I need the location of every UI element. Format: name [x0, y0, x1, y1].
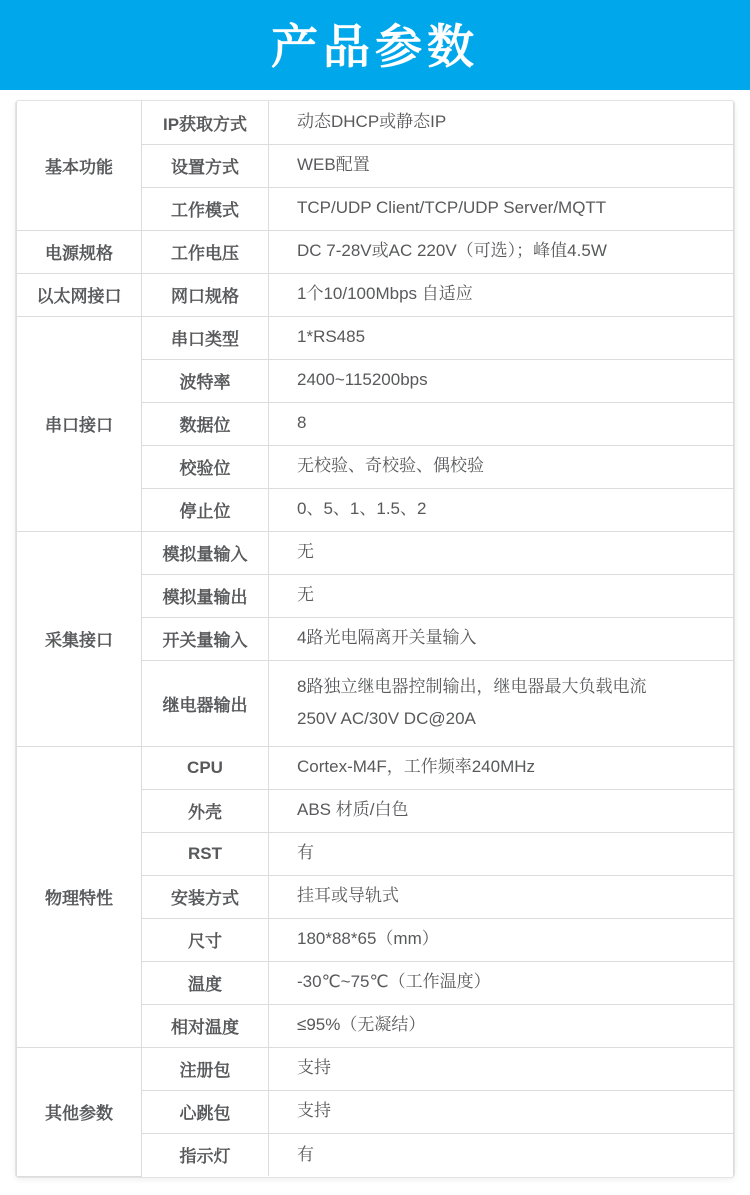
param-label-cell: 工作电压 [142, 230, 269, 273]
param-value-cell: 180*88*65（mm） [269, 918, 734, 961]
group-label-cell: 物理特性 [17, 746, 142, 1047]
param-value-line: 有 [297, 1139, 721, 1171]
table-row: 采集接口模拟量输入无 [17, 531, 734, 574]
param-label-cell: 设置方式 [142, 144, 269, 187]
param-value-line: TCP/UDP Client/TCP/UDP Server/MQTT [297, 192, 721, 224]
param-value-line: WEB配置 [297, 149, 721, 181]
param-label-cell: 注册包 [142, 1047, 269, 1090]
param-label-cell: IP获取方式 [142, 101, 269, 144]
param-value-line: 1*RS485 [297, 321, 721, 353]
param-value-cell: 8 [269, 402, 734, 445]
param-value-cell: 有 [269, 1133, 734, 1176]
param-value-cell: 无校验、奇校验、偶校验 [269, 445, 734, 488]
param-value-cell: 1*RS485 [269, 316, 734, 359]
param-label-cell: 心跳包 [142, 1090, 269, 1133]
param-label-cell: 工作模式 [142, 187, 269, 230]
group-label-cell: 串口接口 [17, 316, 142, 531]
table-row: 以太网接口网口规格1个10/100Mbps 自适应 [17, 273, 734, 316]
param-label-cell: 温度 [142, 961, 269, 1004]
param-value-cell: 8路独立继电器控制输出，继电器最大负载电流250V AC/30V DC@20A [269, 660, 734, 746]
param-value-line: 8 [297, 407, 721, 439]
table-row: 其他参数注册包支持 [17, 1047, 734, 1090]
param-label-cell: RST [142, 832, 269, 875]
group-label-cell: 电源规格 [17, 230, 142, 273]
param-value-line: 无 [297, 579, 721, 611]
param-label-cell: 数据位 [142, 402, 269, 445]
param-value-cell: 支持 [269, 1047, 734, 1090]
param-label-cell: 串口类型 [142, 316, 269, 359]
param-label-cell: 校验位 [142, 445, 269, 488]
param-value-cell: ABS 材质/白色 [269, 789, 734, 832]
param-label-cell: 模拟量输出 [142, 574, 269, 617]
param-label-cell: 尺寸 [142, 918, 269, 961]
param-value-line: ABS 材质/白色 [297, 794, 721, 826]
table-row: 串口接口串口类型1*RS485 [17, 316, 734, 359]
table-row: 电源规格工作电压DC 7-28V或AC 220V（可选）；峰值4.5W [17, 230, 734, 273]
param-value-line: 无校验、奇校验、偶校验 [297, 450, 721, 482]
param-value-cell: 有 [269, 832, 734, 875]
header-banner: 产品参数 [0, 0, 750, 90]
group-label-cell: 以太网接口 [17, 273, 142, 316]
param-value-cell: TCP/UDP Client/TCP/UDP Server/MQTT [269, 187, 734, 230]
group-label-cell: 采集接口 [17, 531, 142, 746]
param-value-line: -30℃~75℃（工作温度） [297, 966, 721, 998]
param-value-line: 8路独立继电器控制输出，继电器最大负载电流 [297, 671, 721, 703]
param-label-cell: 继电器输出 [142, 660, 269, 746]
param-value-cell: Cortex-M4F，工作频率240MHz [269, 746, 734, 789]
table-row: 基本功能IP获取方式动态DHCP或静态IP [17, 101, 734, 144]
param-value-cell: -30℃~75℃（工作温度） [269, 961, 734, 1004]
param-label-cell: 开关量输入 [142, 617, 269, 660]
param-value-line: 挂耳或导轨式 [297, 880, 721, 912]
param-value-cell: 2400~115200bps [269, 359, 734, 402]
param-value-line: 2400~115200bps [297, 364, 721, 396]
param-value-line: ≤95%（无凝结） [297, 1009, 721, 1041]
param-label-cell: CPU [142, 746, 269, 789]
param-value-line: 支持 [297, 1095, 721, 1127]
param-value-line: 动态DHCP或静态IP [297, 106, 721, 138]
param-value-line: 0、5、1、1.5、2 [297, 493, 721, 525]
param-value-line: 180*88*65（mm） [297, 923, 721, 955]
param-label-cell: 外壳 [142, 789, 269, 832]
param-value-cell: 挂耳或导轨式 [269, 875, 734, 918]
param-value-cell: 无 [269, 531, 734, 574]
param-label-cell: 指示灯 [142, 1133, 269, 1176]
param-value-line: 有 [297, 837, 721, 869]
param-value-cell: 无 [269, 574, 734, 617]
param-value-cell: 支持 [269, 1090, 734, 1133]
param-value-line: 支持 [297, 1052, 721, 1084]
param-value-cell: WEB配置 [269, 144, 734, 187]
param-value-line: 4路光电隔离开关量输入 [297, 622, 721, 654]
param-value-cell: 1个10/100Mbps 自适应 [269, 273, 734, 316]
spec-table: 基本功能IP获取方式动态DHCP或静态IP设置方式WEB配置工作模式TCP/UD… [16, 101, 734, 1177]
param-value-cell: ≤95%（无凝结） [269, 1004, 734, 1047]
param-value-line: DC 7-28V或AC 220V（可选）；峰值4.5W [297, 235, 721, 267]
param-value-cell: DC 7-28V或AC 220V（可选）；峰值4.5W [269, 230, 734, 273]
group-label-cell: 基本功能 [17, 101, 142, 230]
param-label-cell: 安装方式 [142, 875, 269, 918]
param-label-cell: 相对温度 [142, 1004, 269, 1047]
param-value-cell: 动态DHCP或静态IP [269, 101, 734, 144]
param-label-cell: 模拟量输入 [142, 531, 269, 574]
page-title: 产品参数 [271, 21, 479, 70]
table-row: 物理特性CPUCortex-M4F，工作频率240MHz [17, 746, 734, 789]
param-value-cell: 0、5、1、1.5、2 [269, 488, 734, 531]
spec-table-body: 基本功能IP获取方式动态DHCP或静态IP设置方式WEB配置工作模式TCP/UD… [17, 101, 734, 1176]
group-label-cell: 其他参数 [17, 1047, 142, 1176]
param-label-cell: 波特率 [142, 359, 269, 402]
param-label-cell: 网口规格 [142, 273, 269, 316]
param-value-line: Cortex-M4F，工作频率240MHz [297, 751, 721, 783]
param-value-cell: 4路光电隔离开关量输入 [269, 617, 734, 660]
param-value-line: 250V AC/30V DC@20A [297, 703, 721, 735]
param-value-line: 无 [297, 536, 721, 568]
param-label-cell: 停止位 [142, 488, 269, 531]
param-value-line: 1个10/100Mbps 自适应 [297, 278, 721, 310]
spec-card: 基本功能IP获取方式动态DHCP或静态IP设置方式WEB配置工作模式TCP/UD… [15, 100, 735, 1178]
